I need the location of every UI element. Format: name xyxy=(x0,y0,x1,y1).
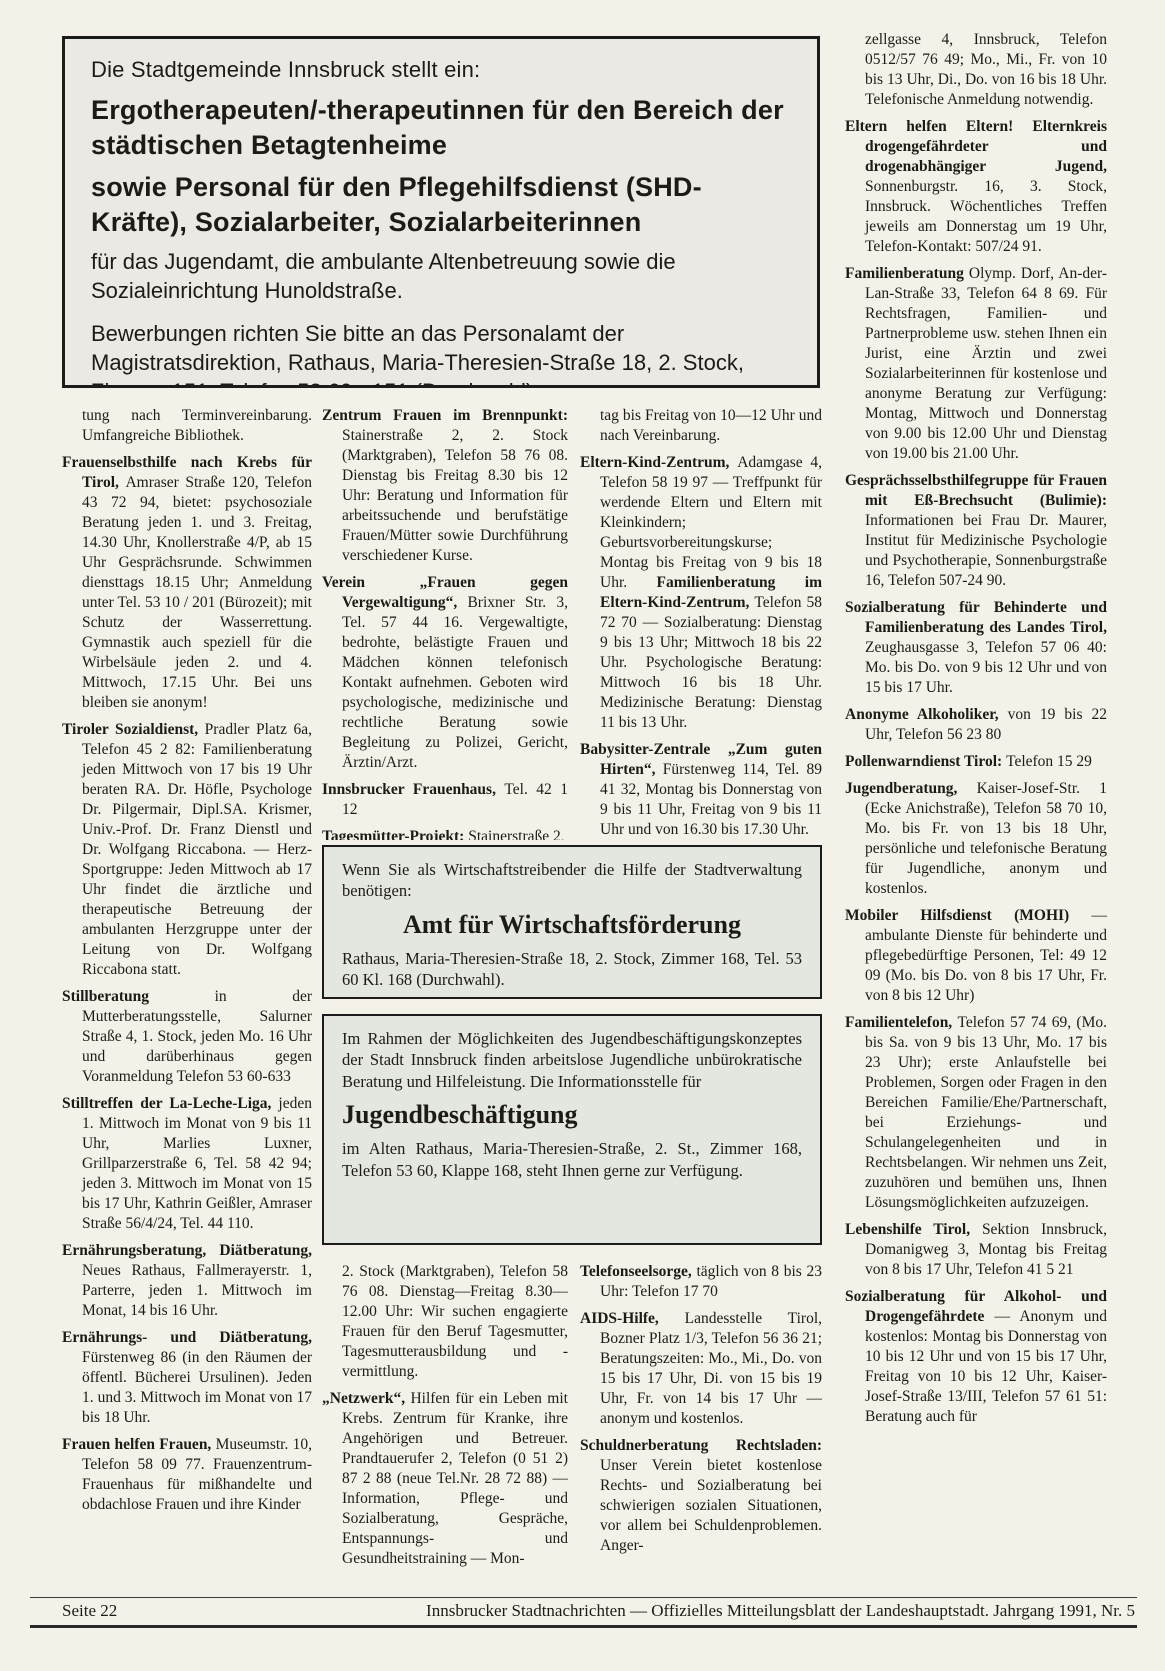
directory-entry: Frauen helfen Frauen, Museumstr. 10, Tel… xyxy=(62,1435,312,1515)
directory-entry: Gesprächsselbsthilfegruppe für Frauen mi… xyxy=(845,471,1107,591)
directory-entry: Frauenselbsthilfe nach Krebs für Tirol, … xyxy=(62,453,312,713)
directory-entry: Tagesmütter-Projekt: Stainerstraße 2, xyxy=(322,827,568,840)
entry-text: Olymp. Dorf, An-der-Lan-Straße 33, Telef… xyxy=(865,265,1107,462)
ad-headline-1: Ergotherapeuten/-therapeutinnen für den … xyxy=(91,93,791,162)
info-box-wirtschaftsfoerderung: Wenn Sie als Wirtschaftstreibender die H… xyxy=(322,845,822,999)
entry-text: Stainerstraße 2, xyxy=(468,828,564,840)
directory-entry: Eltern-Kind-Zentrum, Adamgase 4, Telefon… xyxy=(580,453,822,733)
entry-lead: Anonyme Alkoholiker, xyxy=(845,706,1008,723)
entry-lead: Jugendberatung, xyxy=(845,780,977,797)
masthead-line: Innsbrucker Stadtnachrichten — Offiziell… xyxy=(426,1601,1137,1621)
directory-entry: Familienberatung Olymp. Dorf, An-der-Lan… xyxy=(845,264,1107,464)
entry-text: Fürstenweg 86 (in den Räumen der öffentl… xyxy=(82,1349,312,1426)
info-box-jugendbeschaeftigung: Im Rahmen der Möglichkeiten des Jugendbe… xyxy=(322,1014,822,1245)
page-number: Seite 22 xyxy=(30,1601,117,1621)
directory-entry: AIDS-Hilfe, Landesstelle Tirol, Bozner P… xyxy=(580,1309,822,1429)
entry-lead: Eltern helfen Eltern! Elternkreis drogen… xyxy=(845,118,1107,175)
directory-entry: Stillberatung in der Mutterberatungsstel… xyxy=(62,987,312,1087)
directory-entry: tung nach Terminvereinbarung. Umfangreic… xyxy=(62,406,312,446)
entry-text: Pradler Platz 6a, Telefon 45 2 82: Famil… xyxy=(82,721,312,978)
entry-text: 2. Stock (Marktgraben), Telefon 58 76 08… xyxy=(342,1263,568,1380)
entry-lead: Schuldnerberatung Rechtsladen: xyxy=(580,1437,822,1454)
directory-entry: Ernährungs- und Diätberatung, Fürstenweg… xyxy=(62,1328,312,1428)
entry-text: Amraser Straße 120, Telefon 43 72 94, bi… xyxy=(82,474,312,711)
entry-lead: Stillberatung xyxy=(62,988,215,1005)
directory-entry: Ernährungsberatung, Diätberatung, Neues … xyxy=(62,1241,312,1321)
entry-lead: Gesprächsselbsthilfegruppe für Frauen mi… xyxy=(845,472,1107,509)
directory-entry: Sozialberatung für Behinderte und Famili… xyxy=(845,598,1107,698)
info-box-body: Rathaus, Maria-Theresien-Straße 18, 2. S… xyxy=(342,948,802,991)
directory-entry: Eltern helfen Eltern! Elternkreis drogen… xyxy=(845,117,1107,257)
directory-entry: Stilltreffen der La-Leche-Liga, jeden 1.… xyxy=(62,1094,312,1234)
entry-text: Telefon 58 72 70 — Sozialberatung: Diens… xyxy=(600,594,822,731)
entry-text: Telefon 57 74 69, (Mo. bis Sa. von 9 bis… xyxy=(865,1014,1107,1211)
entry-text: Kaiser-Josef-Str. 1 (Ecke Anichstraße), … xyxy=(865,780,1107,897)
info-box-title: Jugendbeschäftigung xyxy=(342,1100,802,1130)
directory-entry: Jugendberatung, Kaiser-Josef-Str. 1 (Eck… xyxy=(845,779,1107,899)
entry-text: Brixner Str. 3, Tel. 57 44 16. Vergewalt… xyxy=(342,594,568,771)
entry-lead: AIDS-Hilfe, xyxy=(580,1310,685,1327)
entry-text: Informationen bei Frau Dr. Maurer, Insti… xyxy=(865,512,1107,589)
entry-lead: Lebenshilfe Tirol, xyxy=(845,1221,982,1238)
entry-lead: Familienberatung xyxy=(845,265,969,282)
directory-entry: 2. Stock (Marktgraben), Telefon 58 76 08… xyxy=(322,1262,568,1382)
directory-entry: Sozialberatung für Alkohol- und Drogenge… xyxy=(845,1287,1107,1427)
entry-text: jeden 1. Mittwoch im Monat von 9 bis 11 … xyxy=(82,1095,312,1232)
entry-lead: Ernährungs- und Diätberatung, xyxy=(62,1329,312,1346)
entry-text: Neues Rathaus, Fallmerayerstr. 1, Parter… xyxy=(82,1262,312,1319)
entry-lead: Pollenwarndienst Tirol: xyxy=(845,753,1006,770)
info-box-intro: Im Rahmen der Möglichkeiten des Jugendbe… xyxy=(342,1028,802,1092)
directory-entry: Mobiler Hilfsdienst (MOHI) — ambulante D… xyxy=(845,906,1107,1006)
info-box-title: Amt für Wirtschaftsförderung xyxy=(342,910,802,940)
directory-entry: Verein „Frauen gegen Vergewaltigung“, Br… xyxy=(322,573,568,773)
column-1: tung nach Terminvereinbarung. Umfangreic… xyxy=(62,406,312,1586)
entry-lead: Frauen helfen Frauen, xyxy=(62,1436,216,1453)
entry-text: Adamgase 4, Telefon 58 19 97 — Treffpunk… xyxy=(600,454,822,591)
entry-text: Hilfen für ein Leben mit Krebs. Zentrum … xyxy=(342,1390,568,1567)
entry-text: zellgasse 4, Innsbruck, Telefon 0512/57 … xyxy=(865,31,1107,108)
ad-headline-2: sowie Personal für den Pflegehilfsdienst… xyxy=(91,170,791,239)
entry-lead: Stilltreffen der La-Leche-Liga, xyxy=(62,1095,278,1112)
entry-lead: Tagesmütter-Projekt: xyxy=(322,828,468,840)
column-3-bottom: Telefonseelsorge, täglich von 8 bis 23 U… xyxy=(580,1262,822,1586)
directory-entry: zellgasse 4, Innsbruck, Telefon 0512/57 … xyxy=(845,30,1107,110)
entry-text: tag bis Freitag von 10—12 Uhr und nach V… xyxy=(600,407,822,444)
column-4: zellgasse 4, Innsbruck, Telefon 0512/57 … xyxy=(845,30,1107,1590)
entry-lead: Familientelefon, xyxy=(845,1014,958,1031)
entry-lead: Eltern-Kind-Zentrum, xyxy=(580,454,737,471)
entry-text: Stainerstraße 2, 2. Stock (Marktgraben),… xyxy=(342,427,568,564)
entry-lead: Tiroler Sozialdienst, xyxy=(62,721,205,738)
entry-text: Telefon 15 29 xyxy=(1006,753,1092,770)
directory-entry: Innsbrucker Frauenhaus, Tel. 42 1 12 xyxy=(322,780,568,820)
directory-entry: Lebenshilfe Tirol, Sektion Innsbruck, Do… xyxy=(845,1220,1107,1280)
column-3-top: tag bis Freitag von 10—12 Uhr und nach V… xyxy=(580,406,822,840)
entry-text: tung nach Terminvereinbarung. Umfangreic… xyxy=(82,407,312,444)
directory-entry: Telefonseelsorge, täglich von 8 bis 23 U… xyxy=(580,1262,822,1302)
entry-text: — Anonym und kostenlos: Montag bis Donne… xyxy=(865,1308,1107,1425)
newspaper-page: Die Stadtgemeinde Innsbruck stellt ein: … xyxy=(0,0,1165,1671)
entry-lead: Innsbrucker Frauenhaus, xyxy=(322,781,504,798)
entry-lead: Zentrum Frauen im Brennpunkt: xyxy=(322,407,568,424)
directory-entry: „Netzwerk“, Hilfen für ein Leben mit Kre… xyxy=(322,1389,568,1569)
entry-text: Landesstelle Tirol, Bozner Platz 1/3, Te… xyxy=(600,1310,822,1427)
entry-text: Unser Verein bietet kostenlose Rechts- u… xyxy=(600,1457,822,1554)
ad-body-2: Bewerbungen richten Sie bitte an das Per… xyxy=(91,319,791,388)
ad-body-1: für das Jugendamt, die ambulante Altenbe… xyxy=(91,247,791,305)
job-ad-box: Die Stadtgemeinde Innsbruck stellt ein: … xyxy=(62,36,820,388)
directory-entry: Babysitter-Zentrale „Zum guten Hirten“, … xyxy=(580,740,822,840)
directory-entry: Anonyme Alkoholiker, von 19 bis 22 Uhr, … xyxy=(845,705,1107,745)
directory-entry: Tiroler Sozialdienst, Pradler Platz 6a, … xyxy=(62,720,312,980)
directory-entry: tag bis Freitag von 10—12 Uhr und nach V… xyxy=(580,406,822,446)
entry-text: Zeughausgasse 3, Telefon 57 06 40: Mo. b… xyxy=(865,639,1107,696)
column-2-bottom: 2. Stock (Marktgraben), Telefon 58 76 08… xyxy=(322,1262,568,1586)
info-box-body: im Alten Rathaus, Maria-Theresien-Straße… xyxy=(342,1138,802,1181)
entry-text: Sonnenburgstr. 16, 3. Stock, Innsbruck. … xyxy=(865,178,1107,255)
directory-entry: Zentrum Frauen im Brennpunkt: Stainerstr… xyxy=(322,406,568,566)
entry-lead: Ernährungsberatung, Diätberatung, xyxy=(62,1242,312,1259)
directory-entry: Familientelefon, Telefon 57 74 69, (Mo. … xyxy=(845,1013,1107,1213)
page-footer: Seite 22 Innsbrucker Stadtnachrichten — … xyxy=(30,1597,1137,1628)
entry-lead: Mobiler Hilfsdienst (MOHI) xyxy=(845,907,1092,924)
entry-lead: „Netzwerk“, xyxy=(322,1390,410,1407)
directory-entry: Schuldnerberatung Rechtsladen: Unser Ver… xyxy=(580,1436,822,1556)
info-box-intro: Wenn Sie als Wirtschaftstreibender die H… xyxy=(342,859,802,902)
column-2-top: Zentrum Frauen im Brennpunkt: Stainerstr… xyxy=(322,406,568,840)
entry-lead: Sozialberatung für Behinderte und Famili… xyxy=(845,599,1107,636)
entry-lead: Telefonseelsorge, xyxy=(580,1263,696,1280)
ad-intro: Die Stadtgemeinde Innsbruck stellt ein: xyxy=(91,57,791,83)
directory-entry: Pollenwarndienst Tirol: Telefon 15 29 xyxy=(845,752,1107,772)
